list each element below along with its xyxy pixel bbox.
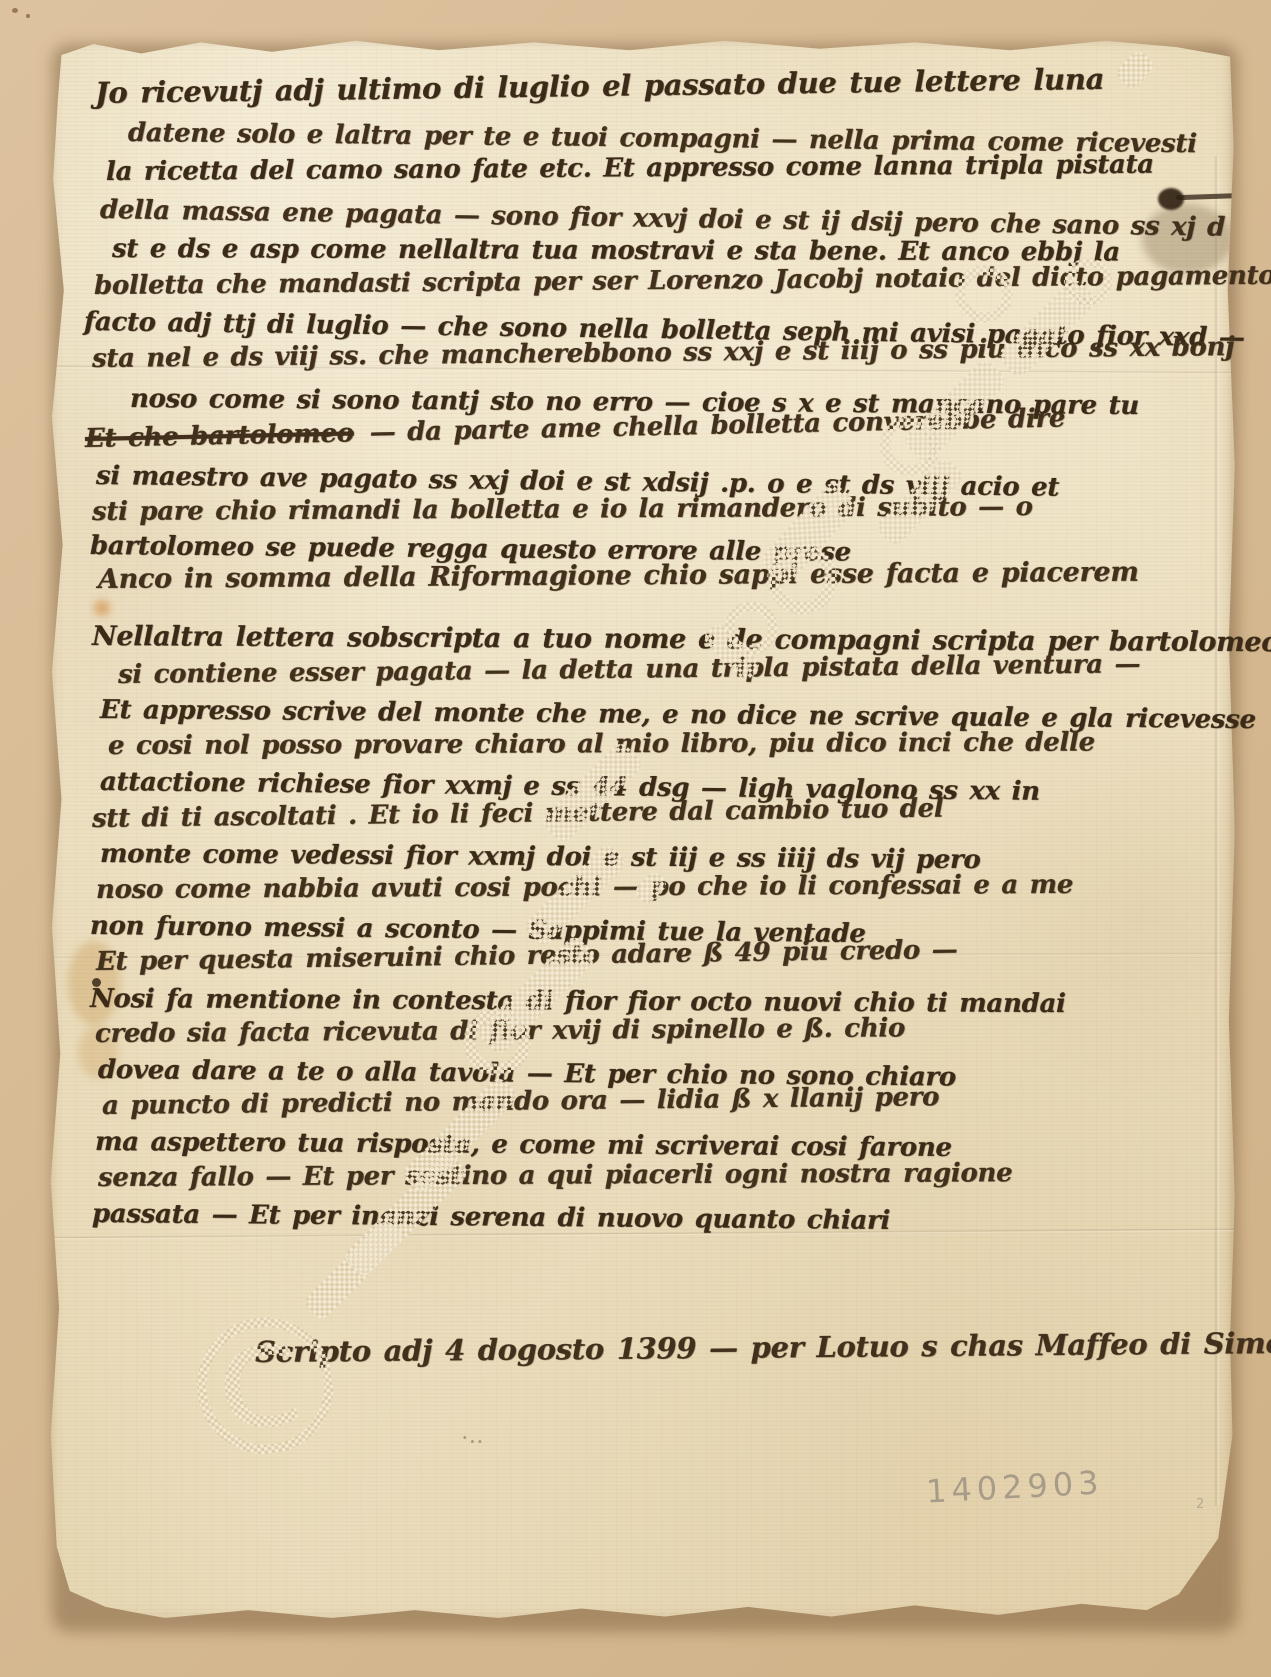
manuscript-line: bolletta che mandasti scripta per ser Lo…: [94, 261, 1271, 301]
manuscript-line: stt di ti ascoltati . Et io li feci mett…: [92, 794, 944, 834]
manuscript-line: a puncto di predicti no mando ora — lidi…: [102, 1082, 939, 1121]
manuscript-lines: Jo ricevutj adj ultimo di luglio el pass…: [0, 0, 1271, 1677]
manuscript-line: Nosi fa mentione in contesta di fior fio…: [90, 984, 1066, 1019]
manuscript-scan: Jo ricevutj adj ultimo di luglio el pass…: [0, 0, 1271, 1677]
manuscript-line: monte come vedessi fior xxmj doi e st ii…: [100, 839, 981, 875]
manuscript-line: credo sia facta ricevuta di fior xvij di…: [95, 1013, 905, 1049]
manuscript-line: si contiene esser pagata — la detta una …: [118, 649, 1141, 690]
manuscript-line: sti pare chio rimandi la bolletta e io l…: [92, 492, 1033, 527]
struck-text: Et che bartolomeo: [85, 418, 354, 454]
manuscript-line: ma aspettero tua risposta, e come mi scr…: [95, 1127, 952, 1163]
manuscript-line: Scripto adj 4 dogosto 1399 — per Lotuo s…: [255, 1325, 1271, 1369]
pencil-tiny-mark: 2: [1196, 1497, 1204, 1512]
manuscript-line: senza fallo — Et per sestino a qui piace…: [98, 1158, 1013, 1193]
manuscript-line: la ricetta del camo sano fate etc. Et ap…: [106, 150, 1154, 187]
ink-dots-mark: ·..: [462, 1428, 485, 1447]
manuscript-line: noso come nabbia avuti cosi pochi — po c…: [96, 870, 1073, 905]
manuscript-line: passata — Et per inanzi serena di nuovo …: [92, 1199, 890, 1236]
manuscript-line: e cosi nol posso provare chiaro al mio l…: [108, 728, 1095, 761]
manuscript-line: Jo ricevutj adj ultimo di luglio el pass…: [95, 62, 1105, 110]
manuscript-line: Anco in somma della Riformagione chio sa…: [98, 557, 1139, 595]
